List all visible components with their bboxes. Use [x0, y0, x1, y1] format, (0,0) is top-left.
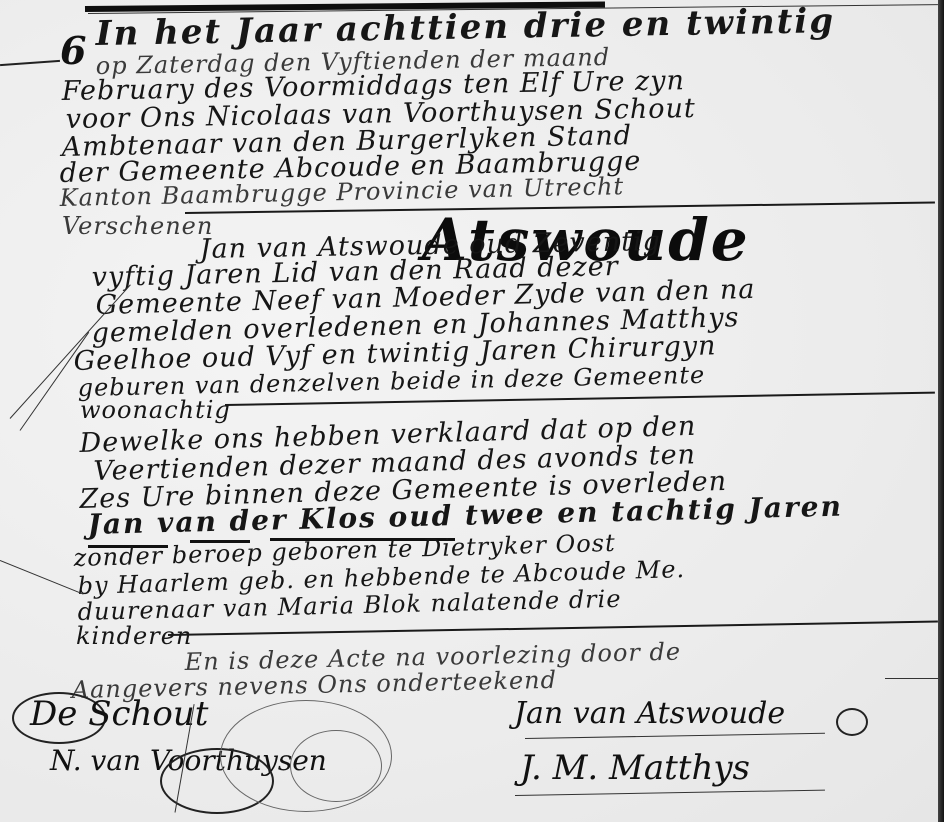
official-title-signature: De Schout [30, 694, 208, 734]
witness-2-underline [515, 790, 825, 796]
section-rule-3 [168, 621, 938, 636]
entry-number: 6 [60, 28, 86, 73]
page-binding-edge [938, 0, 944, 822]
margin-dash [0, 60, 60, 66]
text-line-8: Verschenen [62, 212, 213, 240]
text-line-15: woonachtig [80, 396, 231, 424]
signature-loop-3 [290, 730, 382, 802]
section-rule-4 [885, 678, 940, 679]
witness-1-paraph [836, 708, 868, 736]
witness-1-signature: Jan van Atswoude [514, 696, 785, 731]
witness-2-signature: J. M. Matthys [520, 748, 750, 788]
text-line-23: kinderen [76, 622, 192, 650]
scanned-register-page: 6 In het Jaar achttien drie en twintig o… [0, 0, 944, 822]
witness-1-underline-flourish [525, 733, 825, 739]
margin-flourish [0, 560, 84, 595]
